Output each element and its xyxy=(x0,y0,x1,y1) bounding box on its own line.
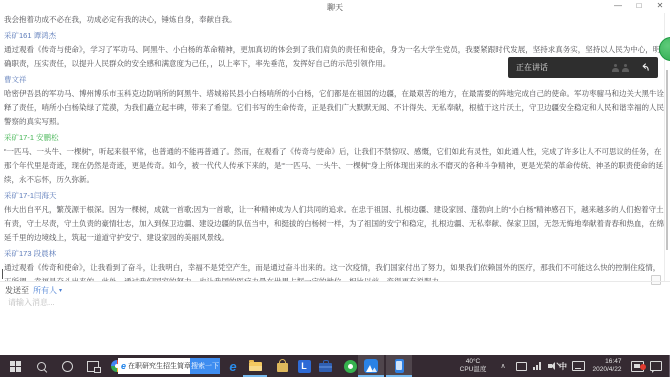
action-center-icon xyxy=(650,361,662,371)
phone-icon xyxy=(395,359,404,373)
task-view-button[interactable] xyxy=(82,355,104,377)
task-view-icon xyxy=(87,361,99,372)
search-query-text: 在职研究生招生简章 xyxy=(128,361,190,371)
composer-divider xyxy=(0,281,670,282)
network-signal-icon xyxy=(533,362,541,370)
chevron-up-icon: ∧ xyxy=(500,362,505,370)
ime-language-icon: 中 xyxy=(559,361,567,372)
notification-badge xyxy=(640,364,646,370)
message-author[interactable]: 采矿173 段晨林 xyxy=(4,247,664,261)
back-arrow-icon[interactable] xyxy=(639,62,650,73)
l-app-icon: L xyxy=(298,360,311,373)
chat-message: 采矿17-1闫海天 伟大出自平凡，繁茂源于根深。因为一棵树，成就一首歌;因为一首… xyxy=(4,189,664,245)
action-center-button[interactable] xyxy=(648,355,664,377)
briefcase-app-button[interactable] xyxy=(313,355,337,377)
taskbar: e 在职研究生招生简章 搜索一下 e L xyxy=(0,355,670,377)
text-cursor xyxy=(2,269,3,279)
chat-message-list: 我会抱着功成不必在我，功成必定有我的决心，锤炼自身，奉献自我。 采矿161 谭鸿… xyxy=(4,13,665,281)
ime-indicator[interactable]: 中 xyxy=(556,355,570,377)
minimize-icon[interactable]: — xyxy=(612,1,624,10)
browser-e-icon: e xyxy=(121,361,126,371)
chat-message: 采矿17-1 安鹏松 “一匹马、一头牛、一棵树”，听起来很平常，也普通的不能再普… xyxy=(4,131,664,187)
cortana-icon xyxy=(62,361,73,372)
green-circle-app-icon xyxy=(344,360,357,373)
meeting-app-icon xyxy=(364,359,378,373)
file-explorer-button[interactable] xyxy=(243,355,267,377)
recipient-value: 所有人 xyxy=(33,285,57,296)
send-to-label: 发送至 xyxy=(5,285,29,296)
clock-widget[interactable]: 16:47 2020/4/22 xyxy=(588,355,626,377)
cortana-button[interactable] xyxy=(56,355,78,377)
taskbar-search-box[interactable]: e 在职研究生招生简章 xyxy=(118,358,190,374)
windows-stack-icon xyxy=(631,361,644,372)
cpu-temperature-label: CPU温度 xyxy=(460,366,487,374)
folder-icon xyxy=(249,362,262,371)
monitor-icon xyxy=(516,362,527,371)
store-button[interactable] xyxy=(270,355,294,377)
window-title: 聊天 xyxy=(0,2,670,13)
chevron-down-icon: ▾ xyxy=(59,287,62,294)
restore-icon[interactable]: □ xyxy=(633,1,645,10)
start-button[interactable] xyxy=(4,355,26,377)
your-phone-button[interactable] xyxy=(386,355,412,377)
scrollbar[interactable] xyxy=(666,70,668,250)
participants-icon[interactable] xyxy=(612,64,629,72)
resize-grip-icon[interactable] xyxy=(651,275,661,285)
message-text: “一匹马、一头牛、一棵树”，听起来很平常，也普通的不能再普通了。然而，在观看了《… xyxy=(4,145,664,187)
message-input[interactable] xyxy=(6,295,330,309)
tray-date: 2020/4/22 xyxy=(593,366,622,374)
touch-keyboard-button[interactable] xyxy=(570,355,586,377)
speaking-status-label: 正在讲话 xyxy=(516,62,612,73)
message-author[interactable]: 采矿17-1 安鹏松 xyxy=(4,131,664,145)
message-text: 通过观看《传奇和使命》，让我看到了奋斗，让我明白，幸福不是凭空产生，而是通过奋斗… xyxy=(4,261,664,281)
message-author[interactable]: 采矿161 谭鸿杰 xyxy=(4,29,664,43)
window-controls: — □ ✕ xyxy=(612,1,666,10)
notifications-app-button[interactable] xyxy=(628,355,646,377)
search-icon xyxy=(37,362,46,371)
tray-time: 16:47 xyxy=(593,358,622,366)
message-text: 哈密伊吾县的军功马、博州博乐市玉科克边防哨所的阿黑牛、塔城裕民县小白杨哨所的小白… xyxy=(4,87,664,129)
meeting-app-button[interactable] xyxy=(358,355,384,377)
chat-message: 采矿173 段晨林 通过观看《传奇和使命》，让我看到了奋斗，让我明白，幸福不是凭… xyxy=(4,247,664,281)
window-titlebar: 聊天 — □ ✕ xyxy=(0,0,670,13)
voice-status-overlay: 正在讲话 xyxy=(508,57,658,78)
message-text: 我会抱着功成不必在我，功成必定有我的决心，锤炼自身，奉献自我。 xyxy=(4,13,664,27)
windows-logo-icon xyxy=(10,361,21,372)
desktop-screen: 聊天 — □ ✕ 我会抱着功成不必在我，功成必定有我的决心，锤炼自身，奉献自我。… xyxy=(0,0,670,377)
keyboard-icon xyxy=(572,361,585,371)
store-bag-icon xyxy=(277,363,288,372)
chat-message: 我会抱着功成不必在我，功成必定有我的决心，锤炼自身，奉献自我。 xyxy=(4,13,664,27)
tray-display-button[interactable] xyxy=(514,355,529,377)
speaker-muted-icon xyxy=(548,364,552,368)
briefcase-icon xyxy=(319,363,332,372)
tray-network-button[interactable] xyxy=(529,355,544,377)
search-submit-button[interactable]: 搜索一下 xyxy=(190,358,220,374)
cpu-temperature-value: 40°C xyxy=(460,358,487,366)
edge-browser-button[interactable]: e xyxy=(222,355,244,377)
tray-expand-button[interactable]: ∧ xyxy=(496,355,510,377)
taskbar-search-button[interactable] xyxy=(30,355,52,377)
cpu-temperature-widget[interactable]: 40°C CPU温度 xyxy=(452,355,494,377)
message-author[interactable]: 采矿17-1闫海天 xyxy=(4,189,664,203)
chat-message: 曹文祥 哈密伊吾县的军功马、博州博乐市玉科克边防哨所的阿黑牛、塔城裕民县小白杨哨… xyxy=(4,73,664,129)
close-icon[interactable]: ✕ xyxy=(654,1,666,10)
recipient-dropdown[interactable]: 所有人 ▾ xyxy=(33,285,62,296)
message-text: 伟大出自平凡，繁茂源于根深。因为一棵树，成就一首歌;因为一首歌，让一种精神成为人… xyxy=(4,203,664,245)
edge-icon: e xyxy=(229,360,236,373)
